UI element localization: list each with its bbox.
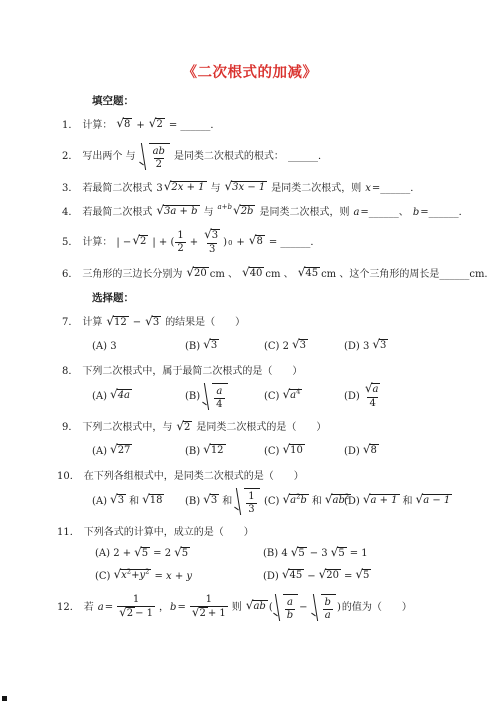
option-a: (A) √3 和 √18 — [92, 494, 185, 509]
sqrt-expression: b a — [312, 594, 336, 622]
numerator: √3 — [202, 229, 222, 244]
denominator: 4 — [214, 398, 224, 411]
question-text: 与 — [211, 182, 221, 195]
option-label: (C) — [95, 570, 110, 583]
option-a: (A) √4a — [92, 389, 185, 404]
sqrt-expression: √5 — [134, 547, 150, 562]
question-number: 6． — [62, 268, 78, 281]
sqrt-expression: 1 3 — [235, 488, 259, 516]
operator: − 1 — [135, 608, 153, 620]
option-a: (A) √27 — [92, 444, 185, 459]
fraction: √a 4 — [363, 383, 383, 411]
conjunction: 和 — [312, 495, 322, 508]
operator: + 1 — [208, 608, 226, 620]
abs-bar-minus: | − — [116, 236, 131, 249]
question-8-options: (A) √4a (B) a 4 (C) √a4 (D) √a — [0, 383, 500, 411]
question-11-options-row2: (C) √x2+y2 = x + y (D) √45 − √20 = √5 — [0, 569, 500, 584]
denominator: b — [285, 609, 295, 622]
radicand: 2 — [183, 421, 192, 436]
radicand: 2b — [240, 205, 256, 220]
radical-index: a+b — [218, 203, 233, 212]
question-number: 1． — [62, 119, 78, 132]
numerator: a — [214, 386, 224, 398]
radicand: 5 — [141, 547, 150, 562]
numerator: a — [285, 597, 295, 609]
question-number: 4． — [62, 206, 78, 219]
sqrt-expression: √20 — [319, 569, 341, 584]
sqrt-expression: a b — [274, 594, 298, 622]
radical-sign-icon — [203, 383, 212, 411]
option-c: (C) 2 √3 — [264, 339, 344, 354]
option-label: (D) — [344, 495, 360, 508]
abs-bar-paren: | + ( — [152, 236, 174, 249]
operator: − — [133, 316, 141, 329]
page-title: 《二次根式的加减》 — [0, 64, 500, 83]
radicand: b a — [321, 594, 336, 622]
option-label: (C) — [264, 445, 279, 458]
question-4: 4． 若最简二次根式 √3a + b 与 a+b √2b 是同类二次根式，则 a… — [0, 205, 500, 220]
sqrt-expression: √8 — [249, 235, 265, 250]
radicand: 12 — [210, 444, 226, 459]
question-text: 下列各式的计算中，成立的是（ ） — [84, 526, 254, 539]
radicand: 27 — [117, 444, 133, 459]
question-5: 5． 计算： | − √2 | + ( 1 2 + √3 3 ) 0 + √8 … — [0, 229, 500, 257]
option-label: (D) — [344, 390, 360, 403]
radicand: 5 — [181, 547, 190, 562]
sqrt-expression: √27 — [110, 444, 132, 459]
numerator: 1 — [204, 594, 214, 606]
question-8: 8． 下列二次根式中，属于最简二次根式的是（ ） — [0, 365, 500, 378]
radicand: 5 — [297, 547, 306, 562]
question-text: 的结果是（ ） — [165, 316, 245, 329]
option-label: (A) — [92, 495, 107, 508]
option-b: (B) √3 和 1 3 — [185, 488, 264, 516]
sqrt-expression: √3 — [110, 494, 126, 509]
variable: b — [300, 495, 306, 506]
radicand: 12 — [113, 316, 129, 331]
equation-result: = 1 — [350, 547, 368, 560]
radicand: a 4 — [212, 383, 227, 411]
question-11-options-row1: (A) 2 + √5 = 2 √5 (B) 4 √5 − 3 √5 = 1 — [0, 547, 500, 562]
question-text: 三角形的三边长分别为 — [82, 268, 182, 281]
question-text: 若最简二次根式 — [82, 206, 152, 219]
variable: b — [170, 601, 176, 614]
question-text: 是同类二次根式，则 — [259, 206, 349, 219]
denominator: 3 — [246, 503, 256, 516]
radicand: 3 — [211, 229, 220, 244]
radicand: 40 — [249, 267, 265, 282]
radicand: a4 — [289, 389, 302, 404]
radical-sign-icon — [312, 594, 321, 622]
operator: − — [307, 570, 315, 583]
question-text: 若 — [84, 601, 94, 614]
option-label: (C) — [264, 495, 279, 508]
option-label: (C) 2 — [264, 340, 289, 353]
denominator: 4 — [367, 397, 377, 410]
radicand: 2 — [126, 607, 135, 622]
radicand: ab — [252, 600, 267, 615]
operator: = — [105, 601, 113, 614]
denominator: √2− 1 — [117, 606, 155, 622]
operator: − — [299, 601, 307, 614]
denominator: 2 — [154, 158, 164, 171]
denominator: 3 — [207, 243, 217, 256]
question-text: 计算 — [82, 316, 102, 329]
numerator: b — [323, 597, 333, 609]
radicand: 5 — [337, 547, 346, 562]
question-text: 下列二次根式中，与 — [82, 421, 172, 434]
sqrt-expression: √8 — [116, 118, 132, 133]
coefficient: 3 — [156, 182, 162, 195]
sqrt-expression: a 4 — [203, 383, 227, 411]
radicand: 20 — [325, 569, 341, 584]
option-d: (D) 3 √3 — [344, 339, 391, 354]
question-number: 3． — [62, 182, 78, 195]
question-text: 是同类二次根式的是（ ） — [196, 421, 326, 434]
sqrt-expression: √a − 1 — [416, 494, 453, 509]
radicand: 10 — [289, 444, 305, 459]
radical-sign-icon — [235, 488, 244, 516]
option-label: (D) — [263, 570, 279, 583]
sqrt-expression: √12 — [106, 316, 128, 331]
page-artifact-dot — [2, 696, 7, 701]
sqrt-expression: √3 — [203, 339, 219, 354]
question-text: 若最简二次根式 — [82, 182, 152, 195]
close-paren: ) — [223, 236, 227, 249]
sqrt-expression: √a2b — [282, 494, 308, 509]
radicand: 3 — [210, 339, 219, 354]
radicand: 3 — [299, 339, 308, 354]
option-label: (B) — [185, 390, 200, 403]
option-d: (D) √a + 1 和 √a − 1 — [344, 494, 455, 509]
numerator: ab — [151, 146, 167, 158]
answer-blank: = ______． — [269, 236, 321, 249]
operator: = 2 — [153, 547, 171, 560]
sqrt-expression: √ab — [246, 600, 268, 615]
question-7-options: (A) 3 (B) √3 (C) 2 √3 (D) 3 √3 — [0, 339, 500, 354]
radicand: 2 — [155, 118, 164, 133]
radicand: 8 — [255, 235, 264, 250]
fraction: 1 √2− 1 — [117, 594, 155, 622]
option-d: (D) √45 − √20 = √5 — [263, 569, 374, 584]
radicand: a b — [283, 594, 298, 622]
option-a: (A) 3 — [92, 340, 185, 353]
answer-blank: =______． — [372, 182, 420, 195]
sqrt-expression: √40 — [242, 267, 264, 282]
question-text: 在下列各组根式中，是同类二次根式的是（ ） — [84, 470, 304, 483]
question-number: 11． — [57, 526, 80, 539]
question-2: 2． 写出两个 与 ab 2 是同类二次根式的根式： ______． — [0, 143, 500, 171]
option-b: (B) a 4 — [185, 383, 264, 411]
option-label: (B) — [185, 445, 200, 458]
section-heading-fill: 填空题： — [92, 95, 500, 109]
question-number: 5． — [62, 236, 78, 249]
radicand: a2b — [289, 494, 309, 509]
sqrt-expression: √a4 — [282, 389, 302, 404]
sqrt-expression: √5 — [174, 547, 190, 562]
fraction: √3 3 — [202, 229, 222, 257]
option-b: (B) √3 — [185, 339, 264, 354]
option-c: (C) √a4 — [264, 389, 344, 404]
section-heading-choice: 选择题： — [92, 292, 500, 306]
question-9: 9． 下列二次根式中，与 √2 是同类二次根式的是（ ） — [0, 421, 500, 436]
radicand: 20 — [193, 267, 209, 282]
radicand: 18 — [149, 494, 165, 509]
numerator: 1 — [175, 230, 185, 242]
question-text: 是同类二次根式的根式： — [174, 150, 284, 163]
sqrt-expression: √8 — [363, 444, 379, 459]
radicand: ab 2 — [149, 143, 170, 171]
operator: − 3 — [310, 547, 328, 560]
conjunction: 和 — [403, 495, 413, 508]
exponent: 2 — [145, 568, 149, 576]
option-label: (A) — [92, 445, 107, 458]
question-number: 9． — [62, 421, 78, 434]
option-c: (C) √x2+y2 = x + y — [95, 569, 263, 584]
radical-sign-icon — [274, 594, 283, 622]
option-d: (D) √a 4 — [344, 383, 385, 411]
exponent: 4 — [296, 388, 300, 396]
sqrt-expression: ab 2 — [140, 143, 170, 171]
radicand: 3 — [117, 494, 126, 509]
conjunction: 和 — [222, 495, 232, 508]
option-label: (B) — [185, 495, 200, 508]
variable: ab — [332, 495, 344, 506]
numerator: 1 — [246, 491, 256, 503]
radicand: a + 1 — [369, 494, 399, 509]
sqrt-expression: √2x + 1 — [164, 181, 207, 196]
radicand: 3a + b — [163, 205, 199, 220]
denominator: 2 — [175, 242, 185, 255]
option-c: (C) √a2b 和 √ab2 — [264, 494, 344, 509]
sqrt-expression: √18 — [142, 494, 164, 509]
fraction: 1 3 — [246, 491, 256, 516]
option-a: (A) 2 + √5 = 2 √5 — [95, 547, 263, 562]
sqrt-expression: √a + 1 — [363, 494, 400, 509]
sqrt-expression: √5 — [331, 547, 347, 562]
radicand: 45 — [304, 267, 320, 282]
question-text: 与 — [204, 206, 214, 219]
operator: + — [236, 236, 244, 249]
question-number: 10． — [57, 470, 80, 483]
sqrt-expression: √3 — [145, 316, 161, 331]
answer-blank: =______． — [420, 206, 468, 219]
fraction: 1 √2+ 1 — [190, 594, 228, 622]
open-paren: ( — [269, 601, 273, 614]
question-text: 则 — [232, 601, 242, 614]
radicand: 3x − 1 — [231, 181, 267, 196]
radicand: 2 — [139, 235, 148, 250]
radicand: 3 — [152, 316, 161, 331]
sqrt-expression: √3 — [372, 339, 388, 354]
unit-text: cm 、 — [265, 268, 293, 281]
sqrt-expression: √45 — [298, 267, 320, 282]
option-label: (B) — [185, 340, 200, 353]
sqrt-expression: √45 — [282, 569, 304, 584]
comma: ， — [159, 601, 169, 614]
radicand: 2x + 1 — [170, 181, 206, 196]
question-text: 写出两个 与 — [82, 150, 135, 163]
sqrt-expression: √2 — [149, 118, 165, 133]
answer-blank: ______． — [288, 150, 328, 163]
radicand: x2+y2 — [120, 569, 151, 584]
option-c: (C) √10 — [264, 444, 344, 459]
question-10-options: (A) √3 和 √18 (B) √3 和 1 3 (C) √a2b 和 — [0, 488, 500, 516]
operator: + — [190, 236, 198, 249]
question-3: 3． 若最简二次根式 3 √2x + 1 与 √3x − 1 是同类二次根式，则… — [0, 181, 500, 196]
option-label: (A) 2 + — [95, 547, 131, 560]
option-b: (B) √12 — [185, 444, 264, 459]
equation-result: = x + y — [154, 570, 192, 583]
sqrt-expression: √3 — [203, 494, 219, 509]
sqrt-expression: √3x − 1 — [225, 181, 268, 196]
question-text: 下列二次根式中，属于最简二次根式的是（ ） — [82, 365, 302, 378]
variable: a — [98, 601, 104, 614]
question-number: 7． — [62, 316, 78, 329]
question-text: 是同类二次根式，则 — [271, 182, 361, 195]
radical-sign-icon — [140, 143, 149, 171]
question-9-options: (A) √27 (B) √12 (C) √10 (D) √8 — [0, 444, 500, 459]
radicand: a — [371, 383, 380, 398]
worksheet-page: 《二次根式的加减》 填空题： 1． 计算： √8 + √2 = ______． … — [0, 0, 500, 707]
sqrt-expression: √3 — [292, 339, 308, 354]
sqrt-expression: √10 — [282, 444, 304, 459]
sqrt-expression: √2 — [176, 421, 192, 436]
option-b: (B) 4 √5 − 3 √5 = 1 — [263, 547, 371, 562]
variable: a — [353, 206, 359, 219]
fraction: a 4 — [214, 386, 224, 411]
question-text: cm 、这个三角形的周长是______cm. — [321, 268, 488, 281]
option-label: (B) 4 — [263, 547, 288, 560]
sqrt-expression: √2 — [192, 607, 208, 622]
variable: x — [365, 182, 371, 195]
numerator: √a — [363, 383, 383, 398]
fraction: ab 2 — [151, 146, 167, 171]
numerator: 1 — [131, 594, 141, 606]
radicand: 4a — [117, 389, 132, 404]
question-number: 8． — [62, 365, 78, 378]
conjunction: 和 — [129, 495, 139, 508]
sqrt-expression: √3a + b — [156, 205, 199, 220]
unit-text: cm 、 — [210, 268, 238, 281]
radicand: 1 3 — [244, 488, 259, 516]
sqrt-expression: √5 — [355, 569, 371, 584]
radicand: 45 — [288, 569, 304, 584]
question-number: 2． — [62, 150, 78, 163]
operator: + — [136, 119, 144, 132]
sqrt-expression: √a — [365, 383, 381, 398]
fraction: a b — [285, 597, 295, 622]
radicand: 5 — [362, 569, 371, 584]
sqrt-expression: √12 — [203, 444, 225, 459]
denominator: a — [323, 609, 333, 622]
close-paren: ) — [337, 601, 341, 614]
question-text: 计算： — [82, 236, 112, 249]
sqrt-expression: √2b — [233, 205, 255, 220]
denominator: √2+ 1 — [190, 606, 228, 622]
question-11: 11． 下列各式的计算中，成立的是（ ） — [0, 526, 500, 539]
option-d: (D) √8 — [344, 444, 382, 459]
sqrt-expression: √2 — [132, 235, 148, 250]
question-6: 6． 三角形的三边长分别为 √20 cm 、 √40 cm 、 √45 cm 、… — [0, 267, 500, 282]
question-10: 10． 在下列各组根式中，是同类二次根式的是（ ） — [0, 470, 500, 483]
fraction: 1 2 — [175, 230, 185, 255]
radicand: 3 — [379, 339, 388, 354]
question-number: 12． — [57, 601, 80, 614]
radicand: 3 — [210, 494, 219, 509]
operator: = — [177, 601, 185, 614]
radicand: 8 — [123, 118, 132, 133]
question-text: 的值为（ ） — [342, 601, 412, 614]
question-7: 7． 计算 √12 − √3 的结果是（ ） — [0, 316, 500, 331]
answer-blank: = ______． — [169, 119, 221, 132]
question-12: 12． 若 a = 1 √2− 1 ， b = 1 √2+ 1 则 √ab ( … — [0, 594, 500, 622]
question-text: 计算： — [82, 119, 112, 132]
answer-blank: =______、 — [360, 206, 408, 219]
option-label: (A) 3 — [92, 340, 117, 353]
radicand: 8 — [369, 444, 378, 459]
option-label: (A) — [92, 390, 107, 403]
sqrt-expression: √4a — [110, 389, 132, 404]
fraction: b a — [323, 597, 333, 622]
variable: b — [413, 206, 419, 219]
question-1: 1． 计算： √8 + √2 = ______． — [0, 118, 500, 133]
sqrt-expression: √5 — [291, 547, 307, 562]
option-label: (C) — [264, 390, 279, 403]
sqrt-expression: √2 — [119, 607, 135, 622]
sqrt-expression: √3 — [204, 229, 220, 244]
option-label: (D) — [344, 445, 360, 458]
radicand: 2 — [199, 607, 208, 622]
operator: = — [344, 570, 352, 583]
radicand: a − 1 — [422, 494, 452, 509]
option-label: (D) 3 — [344, 340, 369, 353]
sqrt-expression: √20 — [186, 267, 208, 282]
sqrt-expression: √x2+y2 — [113, 569, 151, 584]
